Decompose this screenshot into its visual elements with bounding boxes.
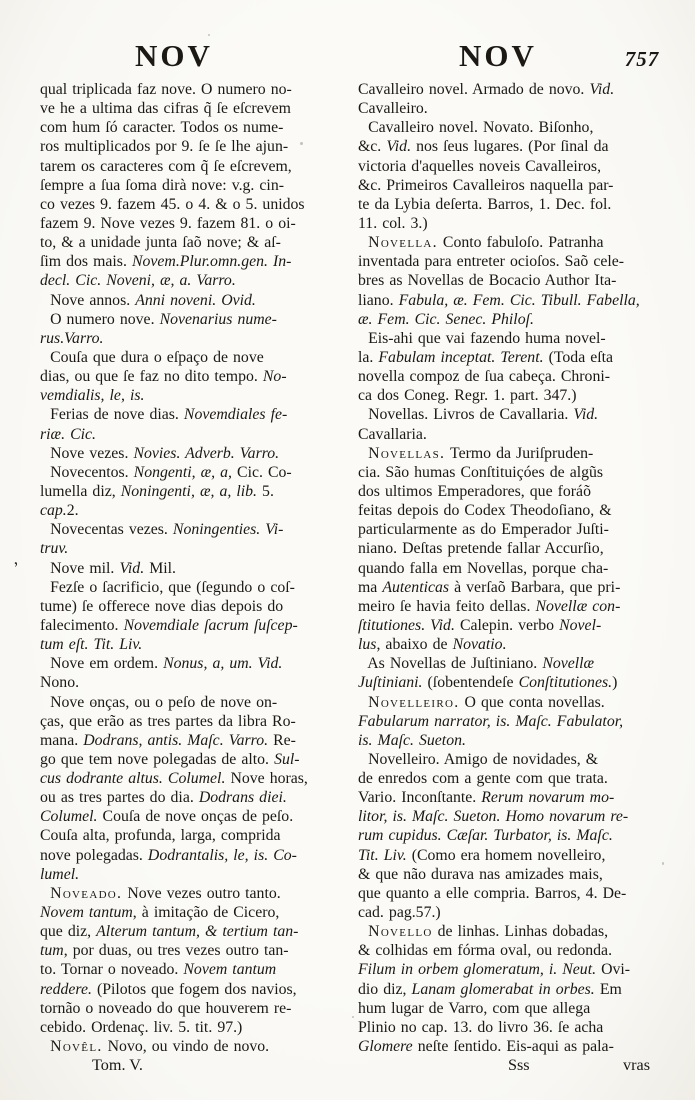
text-line: liano. Fabula, æ. Fem. Cic. Tibull. Fabe… xyxy=(358,291,664,310)
text-line: bres as Novellas de Bocacio Author Ita- xyxy=(358,271,664,290)
text-line: ças, que erão as tres partes da libra Ro… xyxy=(40,712,346,731)
text-line: Novecentas vezes. Noningenties. Vi- xyxy=(40,520,346,539)
text-line: cia. São humas Conſtituiçóes de algũs xyxy=(358,463,664,482)
text-line: decl. Cic. Noveni, æ, a. Varro. xyxy=(40,271,346,290)
scan-speck xyxy=(662,862,664,865)
scan-speck xyxy=(92,702,95,704)
text-line: ou as tres partes do dia. Dodrans diei. xyxy=(40,788,346,807)
text-line: is. Maſc. Sueton. xyxy=(358,731,664,750)
text-line: la. Fabulam inceptat. Terent. (Toda eſta xyxy=(358,348,664,367)
text-line: Cavalleiro novel. Armado de novo. Vid. xyxy=(358,80,664,99)
text-line: Vario. Inconſtante. Rerum novarum mo- xyxy=(358,788,664,807)
text-line: te da Lybia deſerta. Barros, 1. Dec. fol… xyxy=(358,195,664,214)
text-line: Juſtiniani. (ſobentendeſe Conſtitutiones… xyxy=(358,673,664,692)
scan-speck xyxy=(352,1016,354,1018)
text-line: Noveado. Nove vezes outro tanto. xyxy=(40,884,346,903)
text-line: Fezſe o ſacrificio, que (ſegundo o coſ- xyxy=(40,578,346,597)
scan-speck xyxy=(606,300,608,302)
text-line: que quanto a elle compria. Barros, 4. De… xyxy=(358,884,664,903)
running-title-right: NOV xyxy=(358,38,638,76)
text-line: cus dodrante altus. Columel. Nove horas, xyxy=(40,769,346,788)
text-line: Fabularum narrator, is. Maſc. Fabulator, xyxy=(358,712,664,731)
text-line: tum eſt. Tit. Liv. xyxy=(40,635,346,654)
text-line: quando falla em Novellas, porque cha- xyxy=(358,559,664,578)
text-line: victoria d'aquelles noveis Cavalleiros, xyxy=(358,157,664,176)
margin-ink-mark: ‚ xyxy=(10,549,20,570)
text-line: Novelleiro. Amigo de novidades, & xyxy=(358,750,664,769)
text-line: to. Tornar o noveado. Novem tantum xyxy=(40,960,346,979)
text-line: Glomere neſte ſentido. Eis-aqui as pala- xyxy=(358,1037,664,1056)
text-line: lumella diz, Noningenti, æ, a, lib. 5. xyxy=(40,482,346,501)
catchword: vras xyxy=(623,1056,650,1075)
text-line: Cavallaria. xyxy=(358,425,664,444)
text-line: niano. Deſtas pretende fallar Accurſio, xyxy=(358,539,664,558)
text-columns: qual triplicada faz nove. O numero no-ve… xyxy=(40,80,664,1075)
text-line: que diz, Alterum tantum, & tertium tan- xyxy=(40,922,346,941)
scan-speck xyxy=(208,34,210,36)
text-line: tum, por duas, ou tres vezes outro tan- xyxy=(40,941,346,960)
text-line: Novelleiro. O que conta novellas. xyxy=(358,693,664,712)
text-line: inventada para entreter ocioſos. Saõ cel… xyxy=(358,252,664,271)
text-line: co vezes 9. fazem 45. o 4. & o 5. unidos xyxy=(40,195,346,214)
text-line: Plinio no cap. 13. do livro 36. ſe acha xyxy=(358,1018,664,1037)
text-line: Filum in orbem glomeratum, i. Neut. Ovi- xyxy=(358,960,664,979)
signature-row: Sss vras xyxy=(358,1056,664,1075)
text-line: Ferias de nove dias. Novemdiales fe- xyxy=(40,405,346,424)
text-line: Columel. Couſa de nove onças de peſo. xyxy=(40,807,346,826)
text-line: tornão o noveado do que houverem re- xyxy=(40,999,346,1018)
text-line: go que tem nove polegadas de alto. Sul- xyxy=(40,750,346,769)
text-line: &c. Primeiros Cavalleiros naquella par- xyxy=(358,176,664,195)
volume-footer: Tom. V. xyxy=(40,1056,346,1075)
text-line: cebido. Ordenaç. liv. 5. tit. 97.) xyxy=(40,1018,346,1037)
text-line: dos ultimos Emperadores, que foráõ xyxy=(358,482,664,501)
text-line: Nove em ordem. Nonus, a, um. Vid. xyxy=(40,654,346,673)
text-line: Nono. xyxy=(40,673,346,692)
text-line: riæ. Cic. xyxy=(40,425,346,444)
text-line: Novem tantum, à imitação de Cicero, xyxy=(40,903,346,922)
book-page: NOV NOV 757 qual triplicada faz nove. O … xyxy=(0,0,695,1100)
text-line: rus.Varro. xyxy=(40,329,346,348)
text-line: &c. Vid. nos ſeus lugares. (Por ſinal da xyxy=(358,137,664,156)
text-line: As Novellas de Juſtiniano. Novellæ xyxy=(358,654,664,673)
text-line: feitas depois do Codex Theodoſiano, & xyxy=(358,501,664,520)
text-line: & colhidas em fórma oval, ou redonda. xyxy=(358,941,664,960)
signature-mark: Sss xyxy=(508,1056,530,1075)
text-line: cad. pag.57.) xyxy=(358,903,664,922)
text-line: Novecentos. Nongenti, æ, a, Cic. Co- xyxy=(40,463,346,482)
text-line: ſempre a ſua ſoma dirà nove: v.g. cin- xyxy=(40,176,346,195)
text-line: Nove vezes. Novies. Adverb. Varro. xyxy=(40,444,346,463)
text-line: dias, ou que ſe faz no dito tempo. No- xyxy=(40,367,346,386)
text-line: ma Autenticas à verſaõ Barbara, que pri- xyxy=(358,578,664,597)
text-line: Cavalleiro. xyxy=(358,99,664,118)
text-line: Novellas. Termo da Juriſpruden- xyxy=(358,444,664,463)
text-line: reddere. (Pilotos que fogem dos navios, xyxy=(40,980,346,999)
text-line: ſtitutiones. Vid. Calepin. verbo Novel- xyxy=(358,616,664,635)
text-line: Novello de linhas. Linhas dobadas, xyxy=(358,922,664,941)
text-line: & que não durava nas amizades mais, xyxy=(358,865,664,884)
column-left-lines: qual triplicada faz nove. O numero no-ve… xyxy=(40,80,346,1056)
text-line: de enredos com a gente com que trata. xyxy=(358,769,664,788)
text-line: nove polegadas. Dodrantalis, le, is. Co- xyxy=(40,846,346,865)
text-column-right: Cavalleiro novel. Armado de novo. Vid.Ca… xyxy=(358,80,664,1075)
text-line: Couſa que dura o eſpaço de nove xyxy=(40,348,346,367)
text-line: cap.2. xyxy=(40,501,346,520)
text-line: meiro ſe havia feito dellas. Novellæ con… xyxy=(358,597,664,616)
scan-speck xyxy=(300,142,303,145)
text-line: dio diz, Lanam glomerabat in orbes. Em xyxy=(358,980,664,999)
text-line: mana. Dodrans, antis. Maſc. Varro. Re- xyxy=(40,731,346,750)
text-line: falecimento. Novemdiale ſacrum ſuſcep- xyxy=(40,616,346,635)
text-line: rum cupidus. Cæſar. Turbator, is. Maſc. xyxy=(358,826,664,845)
running-title-left: NOV xyxy=(0,38,348,76)
text-line: qual triplicada faz nove. O numero no- xyxy=(40,80,346,99)
page-header: NOV NOV 757 xyxy=(0,38,695,76)
text-line: Tit. Liv. (Como era homem novelleiro, xyxy=(358,846,664,865)
text-line: Novella. Conto fabuloſo. Patranha xyxy=(358,233,664,252)
text-line: tarem os caracteres com q̃ ſe eſcrevem, xyxy=(40,157,346,176)
text-line: Couſa alta, profunda, larga, comprida xyxy=(40,826,346,845)
text-line: truv. xyxy=(40,539,346,558)
text-line: tume) ſe offerece nove dias depois do xyxy=(40,597,346,616)
column-right-lines: Cavalleiro novel. Armado de novo. Vid.Ca… xyxy=(358,80,664,1056)
text-line: Nove annos. Anni noveni. Ovid. xyxy=(40,291,346,310)
text-line: 11. col. 3.) xyxy=(358,214,664,233)
text-line: Cavalleiro novel. Novato. Biſonho, xyxy=(358,118,664,137)
text-line: Nove mil. Vid. Mil. xyxy=(40,559,346,578)
text-line: lumel. xyxy=(40,865,346,884)
text-line: to, & a unidade junta ſaõ nove; & aſ- xyxy=(40,233,346,252)
text-line: ros multiplicados por 9. ſe ſe lhe ajun- xyxy=(40,137,346,156)
text-line: particularmente as do Emperador Juſti- xyxy=(358,520,664,539)
text-line: lus, abaixo de Novatio. xyxy=(358,635,664,654)
text-line: vemdialis, le, is. xyxy=(40,386,346,405)
text-line: ve he a ultima das cifras q̃ ſe eſcrevem xyxy=(40,99,346,118)
text-line: ca dos Coneg. Regr. 1. part. 347.) xyxy=(358,386,664,405)
text-line: Novellas. Livros de Cavallaria. Vid. xyxy=(358,405,664,424)
text-line: ſim dos mais. Novem.Plur.omn.gen. In- xyxy=(40,252,346,271)
text-line: hum lugar de Varro, com que allega xyxy=(358,999,664,1018)
text-line: Eis-ahi que vai fazendo huma novel- xyxy=(358,329,664,348)
text-column-left: qual triplicada faz nove. O numero no-ve… xyxy=(40,80,346,1075)
text-line: com hum ſó caracter. Todos os nume- xyxy=(40,118,346,137)
page-number: 757 xyxy=(612,47,672,72)
text-line: Nove onças, ou o peſo de nove on- xyxy=(40,693,346,712)
text-line: litor, is. Maſc. Sueton. Homo novarum re… xyxy=(358,807,664,826)
text-line: æ. Fem. Cic. Senec. Philoſ. xyxy=(358,310,664,329)
text-line: Novêl. Novo, ou vindo de novo. xyxy=(40,1037,346,1056)
text-line: fazem 9. Nove vezes 9. fazem 81. o oi- xyxy=(40,214,346,233)
text-line: novella compoz de ſua cabeça. Chroni- xyxy=(358,367,664,386)
text-line: O numero nove. Novenarius nume- xyxy=(40,310,346,329)
